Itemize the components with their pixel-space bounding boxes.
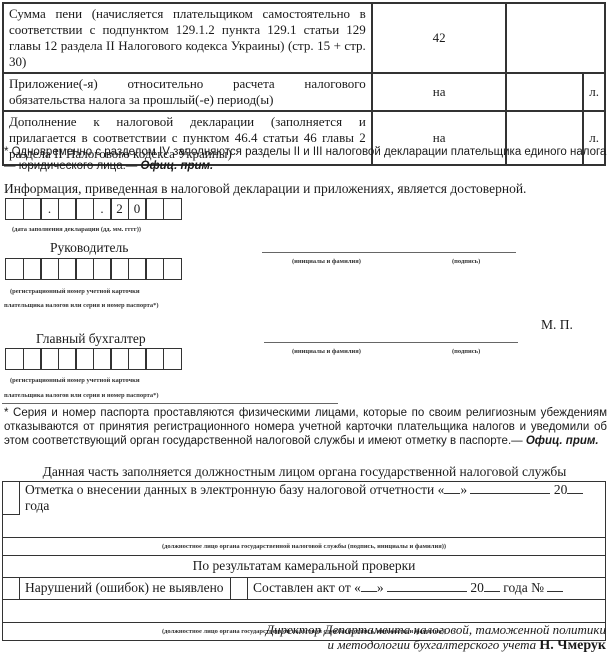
act-quote-open: « — [354, 580, 361, 595]
director-role-label: Руководитель — [50, 240, 128, 256]
director-id-box[interactable] — [163, 258, 182, 280]
summary-table: Сумма пени (начисляется плательщиком сам… — [2, 2, 606, 166]
footnote-emphasis: Офиц. прим. — [141, 160, 214, 172]
audit-result-row: Нарушений (ошибок) не выявлено Составлен… — [3, 577, 606, 599]
penalty-description: Сумма пени (начисляется плательщиком сам… — [3, 3, 372, 73]
act-checkbox[interactable] — [231, 577, 248, 599]
director-id-box[interactable] — [145, 258, 164, 280]
director-id-box[interactable] — [93, 258, 112, 280]
footnote-unified-tax: * Одновременно с разделом IV заполняются… — [4, 145, 607, 173]
accountant-id-box[interactable] — [58, 348, 77, 370]
no-violations-label: Нарушений (ошибок) не выявлено — [20, 577, 231, 599]
act-month-field[interactable] — [387, 580, 467, 592]
declaration-statement: Информация, приведенная в налоговой декл… — [4, 181, 526, 197]
tax-office-heading: Данная часть заполняется должностным лиц… — [0, 464, 609, 480]
accountant-id-box[interactable] — [23, 348, 42, 370]
director-id-box[interactable] — [58, 258, 77, 280]
audit-heading: По результатам камеральной проверки — [3, 555, 606, 577]
director-id-box[interactable] — [75, 258, 94, 280]
audit-official-sign-field[interactable] — [3, 599, 606, 622]
date-box[interactable] — [23, 198, 42, 220]
accountant-id-box[interactable] — [93, 348, 112, 370]
entry-month-field[interactable] — [470, 482, 550, 494]
director-id-caption-1: (регистрационный номер учетной карточки — [10, 288, 140, 295]
entry-day-field[interactable] — [444, 482, 460, 494]
entry-mark-label: Отметка о внесении данных в электронную … — [25, 482, 434, 497]
audit-heading-row: По результатам камеральной проверки — [3, 555, 606, 577]
accountant-id-box[interactable] — [128, 348, 147, 370]
stamp-label: М. П. — [541, 317, 573, 333]
accountant-id-box[interactable] — [75, 348, 94, 370]
penalty-value[interactable]: 42 — [372, 3, 507, 73]
act-number-field[interactable] — [547, 580, 563, 592]
act-year-prefix: 20 — [470, 580, 484, 595]
director-id-caption-2: плательщика налогов или серия и номер па… — [4, 302, 159, 309]
date-box[interactable]: 0 — [128, 198, 147, 220]
director-id-box[interactable] — [5, 258, 24, 280]
entry-official-sign-field[interactable] — [3, 514, 606, 537]
act-cell: Составлен акт от «» 20 года № — [248, 577, 606, 599]
accountant-signature-line[interactable] — [264, 342, 518, 343]
signature-line-1: Директор Департамента налоговой, таможен… — [106, 622, 606, 637]
accountant-id-boxes[interactable] — [5, 348, 182, 370]
quote-close: » — [460, 482, 467, 497]
quote-open: « — [438, 482, 445, 497]
year-prefix: 20 — [554, 482, 568, 497]
appendix-on-label: на — [372, 73, 507, 111]
director-id-box[interactable] — [40, 258, 59, 280]
director-id-box[interactable] — [110, 258, 129, 280]
footnote-text: * Одновременно с разделом IV заполняются… — [4, 146, 606, 172]
table-row-penalty: Сумма пени (начисляется плательщиком сам… — [3, 3, 605, 73]
date-box[interactable] — [75, 198, 94, 220]
entry-mark-cell: Отметка о внесении данных в электронную … — [20, 482, 606, 515]
date-box[interactable]: . — [93, 198, 112, 220]
entry-official-sign-row — [3, 514, 606, 537]
date-box[interactable] — [58, 198, 77, 220]
accountant-name-caption: (инициалы и фамилия) — [292, 348, 361, 355]
act-year-field[interactable] — [484, 580, 500, 592]
accountant-id-box[interactable] — [40, 348, 59, 370]
director-id-boxes[interactable] — [5, 258, 182, 280]
director-id-box[interactable] — [23, 258, 42, 280]
accountant-id-box[interactable] — [145, 348, 164, 370]
footnote-passport-emphasis: Офиц. прим. — [526, 435, 599, 447]
signature-block: Директор Департамента налоговой, таможен… — [106, 622, 606, 653]
accountant-id-box[interactable] — [5, 348, 24, 370]
appendix-sheets-field[interactable] — [506, 73, 583, 111]
tax-office-table: Отметка о внесении данных в электронную … — [2, 481, 606, 641]
table-row-appendix: Приложение(-я) относительно расчета нало… — [3, 73, 605, 111]
director-id-box[interactable] — [128, 258, 147, 280]
footnote-divider — [2, 403, 338, 404]
year-suffix: года — [25, 498, 49, 513]
accountant-role-label: Главный бухгалтер — [36, 331, 146, 347]
date-box[interactable] — [145, 198, 164, 220]
no-violations-checkbox[interactable] — [3, 577, 20, 599]
date-box[interactable] — [163, 198, 182, 220]
signatory-name: Н. Чмерук — [539, 638, 606, 653]
accountant-id-caption-2: плательщика налогов или серия и номер па… — [4, 392, 159, 399]
appendix-sheets-unit: л. — [583, 73, 605, 111]
accountant-id-caption-1: (регистрационный номер учетной карточки — [10, 377, 140, 384]
date-box[interactable]: 2 — [110, 198, 129, 220]
director-signature-line[interactable] — [262, 252, 516, 253]
audit-official-sign-row — [3, 599, 606, 622]
entry-caption-row: (должностное лицо органа государственной… — [3, 537, 606, 555]
appendix-description: Приложение(-я) относительно расчета нало… — [3, 73, 372, 111]
director-name-caption: (инициалы и фамилия) — [292, 258, 361, 265]
date-box[interactable] — [5, 198, 24, 220]
act-label: Составлен акт от — [253, 580, 351, 595]
act-day-field[interactable] — [361, 580, 377, 592]
date-box[interactable]: . — [40, 198, 59, 220]
footnote-passport-text: * Серия и номер паспорта проставляются ф… — [4, 407, 607, 447]
date-boxes[interactable]: ..20 — [5, 198, 182, 220]
penalty-extra-cell[interactable] — [506, 3, 605, 73]
entry-official-caption: (должностное лицо органа государственной… — [3, 537, 606, 555]
accountant-signature-caption: (подпись) — [452, 348, 480, 355]
entry-year-field[interactable] — [567, 482, 583, 494]
director-signature-caption: (подпись) — [452, 258, 480, 265]
footnote-passport: * Серия и номер паспорта проставляются ф… — [4, 406, 607, 448]
act-year-suffix: года № — [503, 580, 544, 595]
entry-mark-row: Отметка о внесении данных в электронную … — [3, 482, 606, 515]
accountant-id-box[interactable] — [110, 348, 129, 370]
date-caption: (дата заполнения декларации (дд. мм. ггг… — [12, 226, 141, 233]
entry-mark-checkbox[interactable] — [3, 482, 20, 515]
act-quote-close: » — [377, 580, 384, 595]
accountant-id-box[interactable] — [163, 348, 182, 370]
signature-line-2: и методологии бухгалтерского учета — [327, 637, 536, 652]
